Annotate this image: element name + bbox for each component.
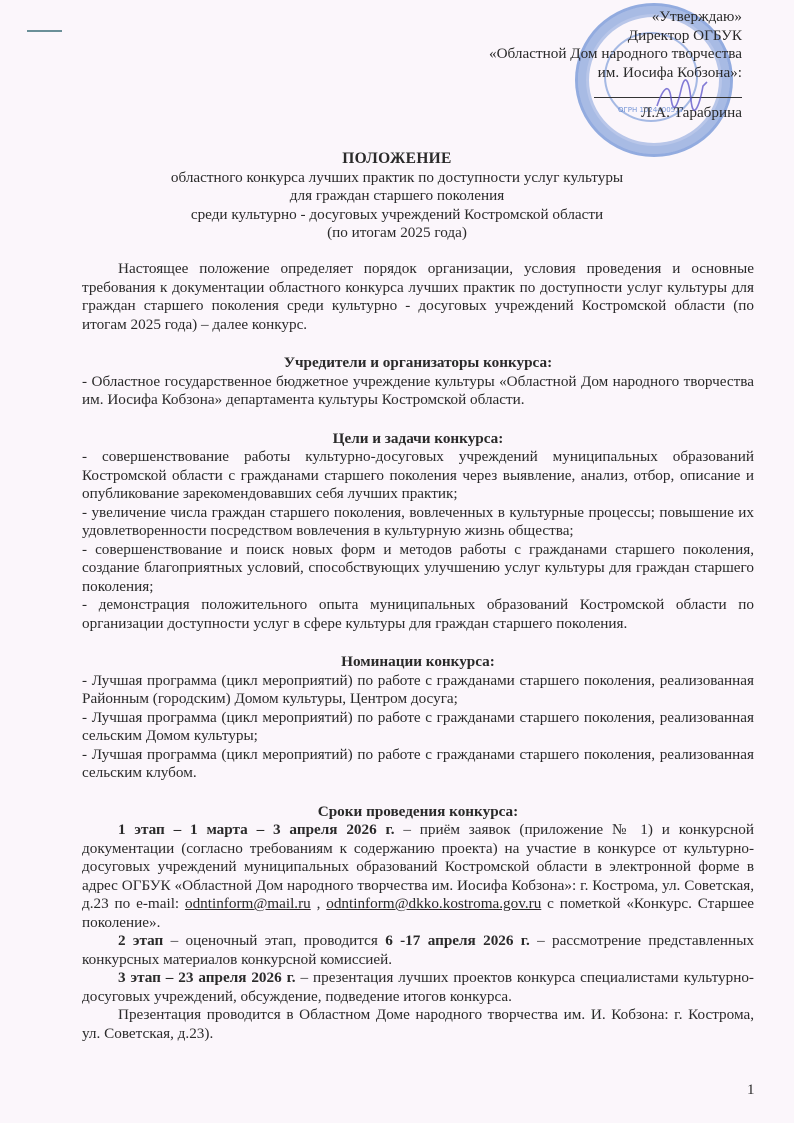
section-heading-goals: Цели и задачи конкурса: bbox=[82, 430, 754, 449]
email-link-mail-ru[interactable]: odntinform@mail.ru bbox=[185, 895, 311, 912]
email-separator: , bbox=[311, 895, 326, 912]
founders-item: - Областное государственное бюджетное уч… bbox=[82, 373, 754, 410]
document-body: Настоящее положение определяет порядок о… bbox=[82, 260, 754, 1043]
document-subtitle-line-1: областного конкурса лучших практик по до… bbox=[0, 169, 794, 188]
schedule-stage-2: 2 этап – оценочный этап, проводится 6 -1… bbox=[82, 932, 754, 969]
nomination-item: - Лучшая программа (цикл мероприятий) по… bbox=[82, 709, 754, 746]
intro-paragraph: Настоящее положение определяет порядок о… bbox=[82, 260, 754, 334]
section-heading-schedule: Сроки проведения конкурса: bbox=[82, 803, 754, 822]
stage-1-label: 1 этап – 1 марта – 3 апреля 2026 г. bbox=[118, 821, 395, 838]
section-heading-nominations: Номинации конкурса: bbox=[82, 653, 754, 672]
approval-position: Директор ОГБУК bbox=[489, 27, 742, 46]
stage-2-dates: 6 -17 апреля 2026 г. bbox=[385, 932, 530, 949]
document-subtitle-line-4: (по итогам 2025 года) bbox=[0, 224, 794, 243]
goals-item: - совершенствование и поиск новых форм и… bbox=[82, 541, 754, 597]
document-subtitle-line-3: среди культурно - досуговых учреждений К… bbox=[0, 206, 794, 225]
page-number: 1 bbox=[747, 1082, 755, 1099]
scan-artifact-line bbox=[27, 30, 62, 32]
presentation-paragraph: Презентация проводится в Областном Доме … bbox=[82, 1006, 754, 1043]
stage-3-label: 3 этап – 23 апреля 2026 г. bbox=[118, 969, 296, 986]
goals-item: - демонстрация положительного опыта муни… bbox=[82, 596, 754, 633]
goals-item: - увеличение числа граждан старшего поко… bbox=[82, 504, 754, 541]
goals-item: - совершенствование работы культурно-дос… bbox=[82, 448, 754, 504]
signature-icon bbox=[655, 78, 710, 113]
section-heading-founders: Учредители и организаторы конкурса: bbox=[82, 354, 754, 373]
email-link-dkko[interactable]: odntinform@dkko.kostroma.gov.ru bbox=[326, 895, 541, 912]
schedule-stage-1: 1 этап – 1 марта – 3 апреля 2026 г. – пр… bbox=[82, 821, 754, 932]
nomination-item: - Лучшая программа (цикл мероприятий) по… bbox=[82, 672, 754, 709]
nomination-item: - Лучшая программа (цикл мероприятий) по… bbox=[82, 746, 754, 783]
schedule-stage-3: 3 этап – 23 апреля 2026 г. – презентация… bbox=[82, 969, 754, 1006]
approval-organization: «Областной Дом народного творчества bbox=[489, 45, 742, 64]
document-subtitle-line-2: для граждан старшего поколения bbox=[0, 187, 794, 206]
approval-heading: «Утверждаю» bbox=[489, 8, 742, 27]
document-title-block: ПОЛОЖЕНИЕ областного конкурса лучших пра… bbox=[0, 150, 794, 243]
stage-2-text-a: – оценочный этап, проводится bbox=[163, 932, 385, 949]
stage-2-label: 2 этап bbox=[118, 932, 163, 949]
